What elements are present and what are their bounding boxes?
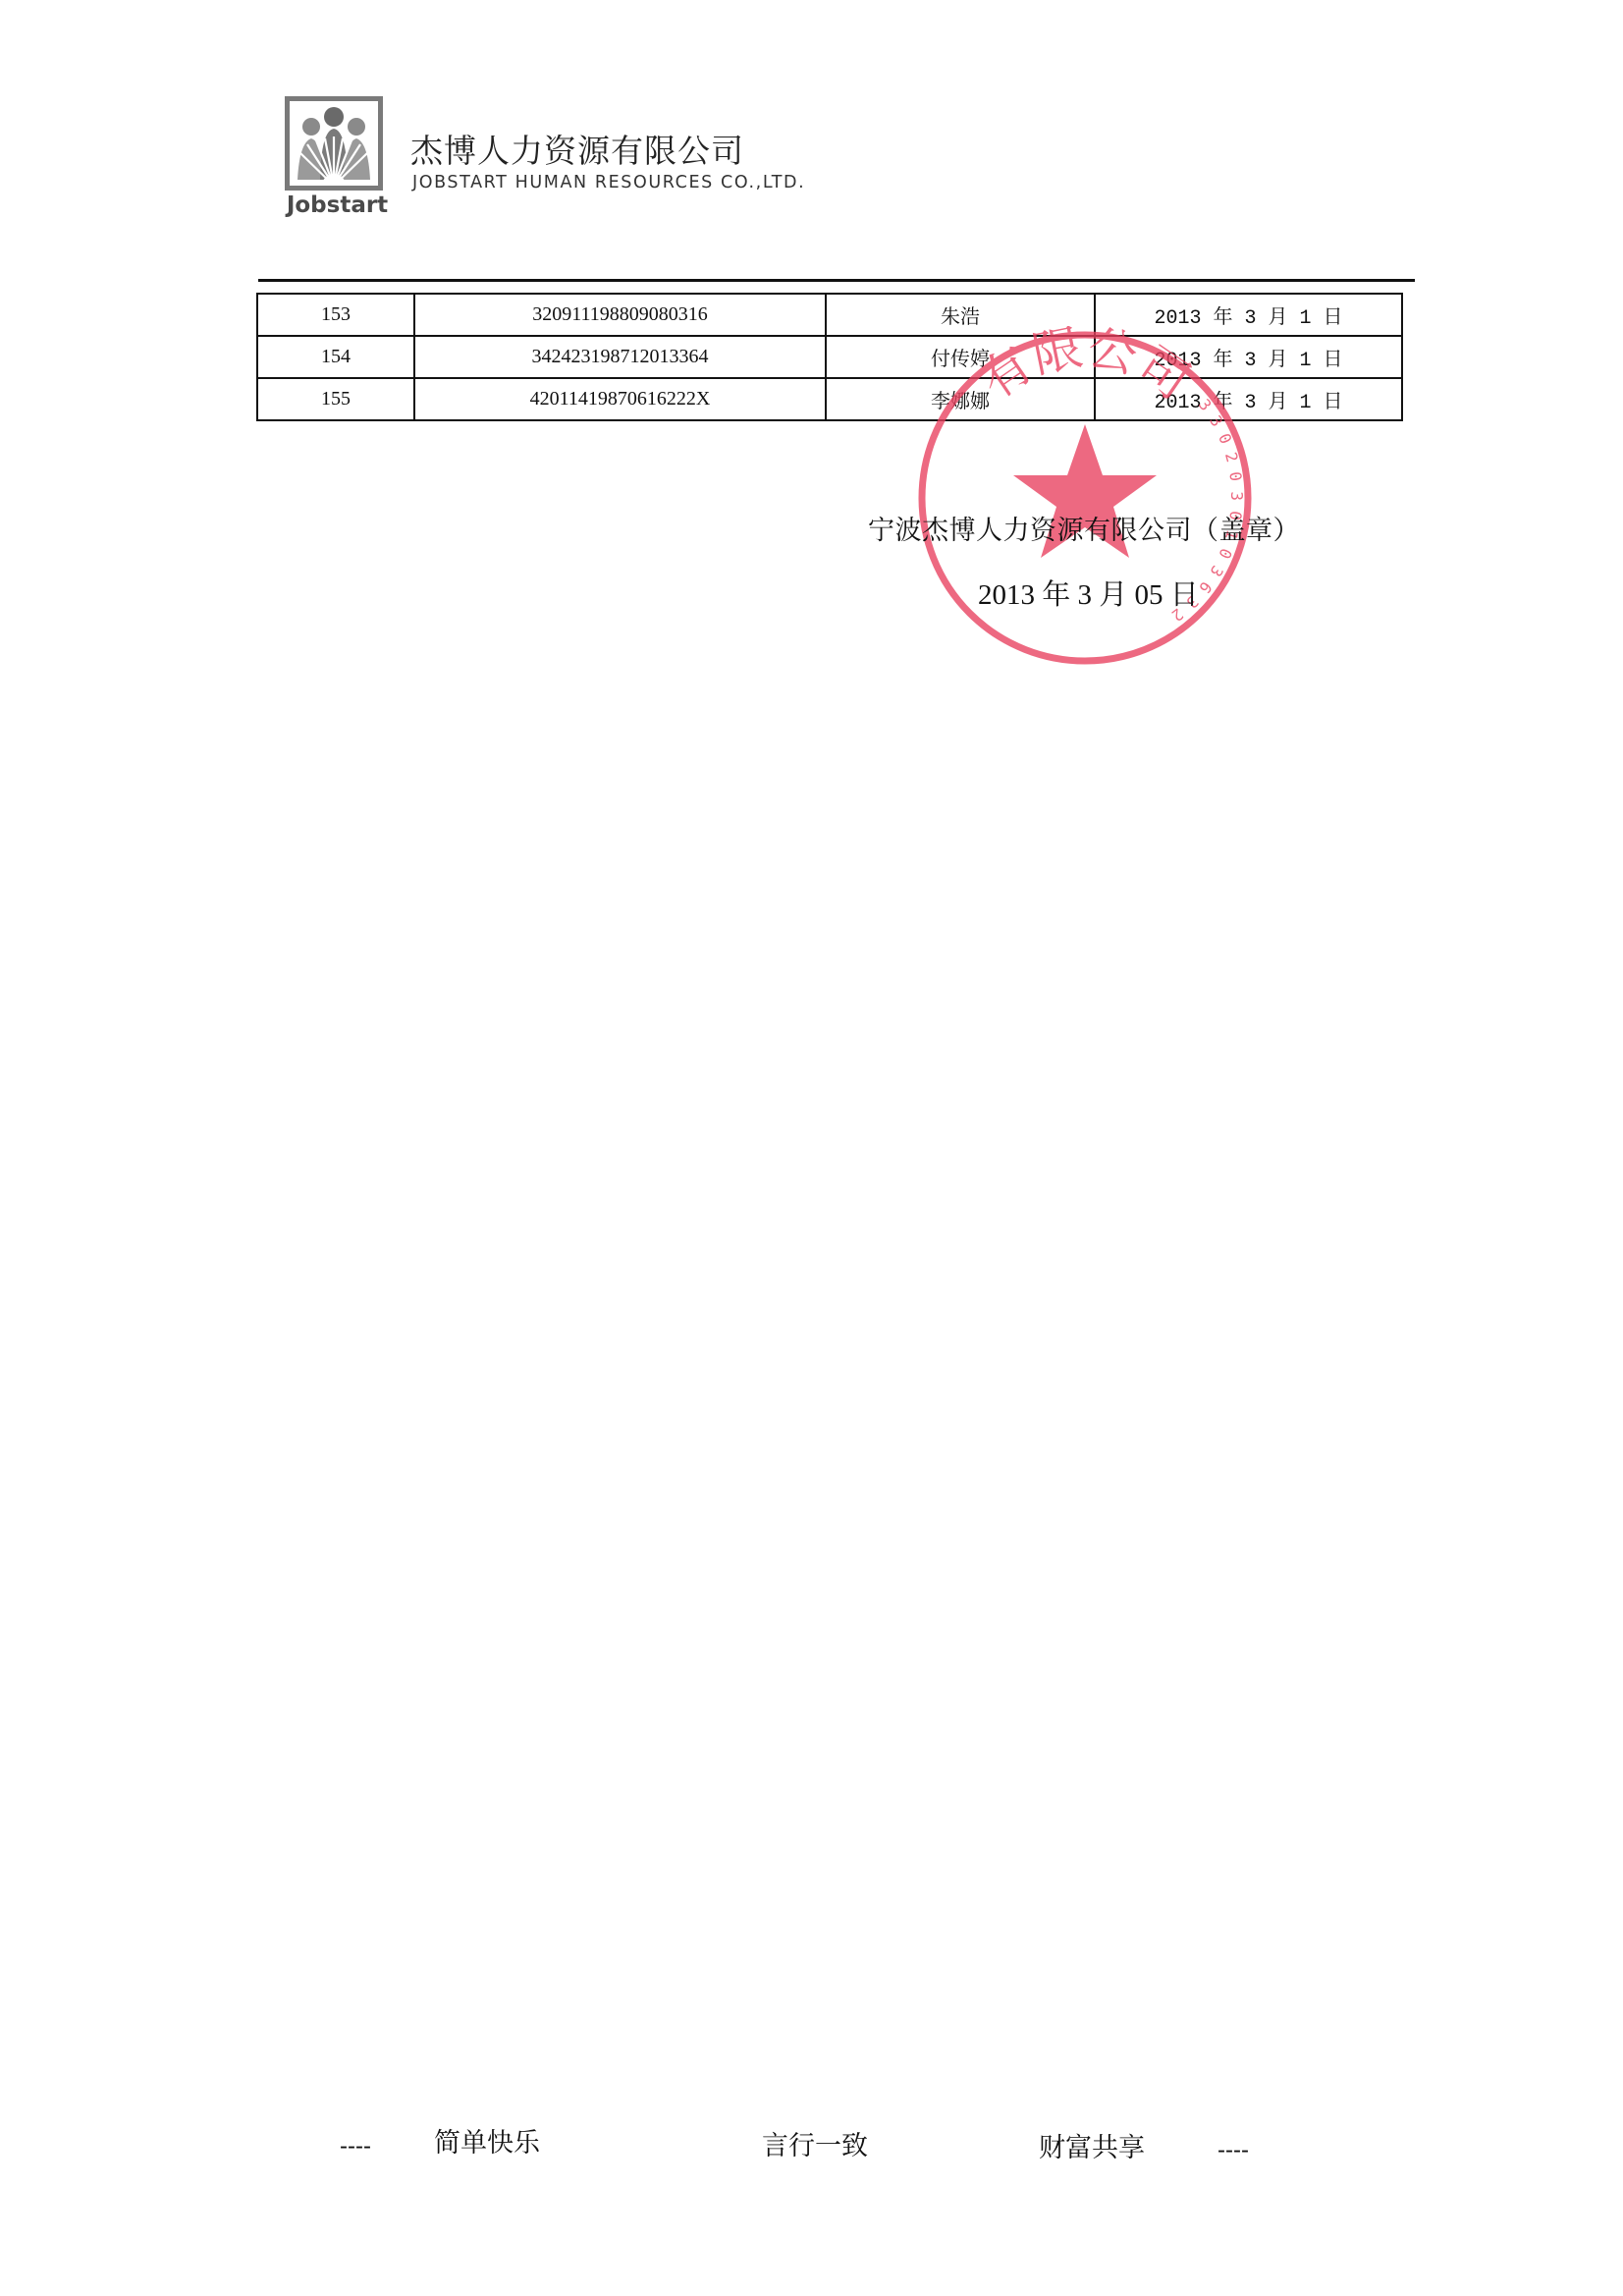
row-number: 153 [257,294,414,336]
row-number: 154 [257,336,414,378]
people-sunburst-icon [290,101,378,186]
company-logo: Jobstart [281,96,389,220]
footer-slogan-2: 言行一致 [762,2124,868,2162]
footer-slogan-3: 财富共享 [1039,2126,1145,2164]
company-name-cn: 杰博人力资源有限公司 [410,126,744,172]
logo-frame [285,96,383,191]
signature-company: 宁波杰博人力资源有限公司（盖章） [868,509,1300,547]
footer-dash-left: ---- [340,2133,371,2160]
id-number: 342423198712013364 [414,336,826,378]
footer-slogan-1: 简单快乐 [434,2121,540,2159]
company-seal: 有限公司 3 3 0 2 0 3 0 1 0 3 6 3 2 [913,326,1257,670]
logo-wordmark: Jobstart [281,192,394,218]
id-number: 42011419870616222X [414,378,826,420]
signature-date: 2013 年 3 月 05 日 [978,573,1199,613]
id-number: 320911198809080316 [414,294,826,336]
header-divider [258,279,1415,282]
seal-star-icon: 有限公司 3 3 0 2 0 3 0 1 0 3 6 3 2 [913,326,1257,670]
row-number: 155 [257,378,414,420]
svg-text:有限公司: 有限公司 [970,326,1200,410]
footer-dash-right: ---- [1217,2137,1249,2164]
company-name-en: JOBSTART HUMAN RESOURCES CO.,LTD. [412,173,805,192]
